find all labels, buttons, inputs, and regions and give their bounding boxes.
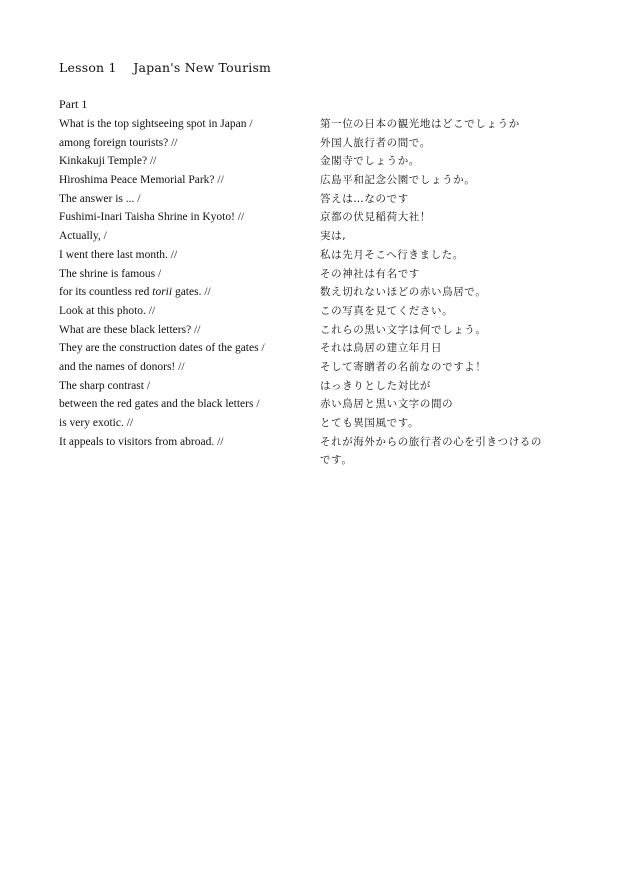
japanese-line: 外国人旅行者の間で。 <box>320 134 552 153</box>
line-row: for its countless red torii gates. // 数え… <box>59 283 559 302</box>
japanese-line: これらの黒い文字は何でしょう。 <box>320 321 552 340</box>
japanese-line: 数え切れないほどの赤い鳥居で。 <box>320 283 552 302</box>
english-text: for its countless red <box>59 286 152 298</box>
line-row: Hiroshima Peace Memorial Park? // 広島平和記念… <box>59 171 559 190</box>
japanese-line: その神社は有名です <box>320 265 552 284</box>
english-line: It appeals to visitors from abroad. // <box>59 433 320 470</box>
japanese-line: そして寄贈者の名前なのですよ！ <box>320 358 552 377</box>
english-line: They are the construction dates of the g… <box>59 339 320 358</box>
japanese-line: 私は先月そこへ行きました。 <box>320 246 552 265</box>
line-row: The shrine is famous / その神社は有名です <box>59 265 559 284</box>
line-row: I went there last month. // 私は先月そこへ行きました… <box>59 246 559 265</box>
lesson-title: Lesson 1 Japan's New Tourism <box>59 60 271 75</box>
english-line: Fushimi-Inari Taisha Shrine in Kyoto! // <box>59 208 320 227</box>
english-line: Look at this photo. // <box>59 302 320 321</box>
japanese-line: それが海外からの旅行者の心を引きつけるのです。 <box>320 433 552 470</box>
line-row: Fushimi-Inari Taisha Shrine in Kyoto! //… <box>59 208 559 227</box>
english-line: I went there last month. // <box>59 246 320 265</box>
line-row: The sharp contrast / はっきりとした対比が <box>59 377 559 396</box>
japanese-line: 広島平和記念公園でしょうか。 <box>320 171 552 190</box>
japanese-line: 金閣寺でしょうか。 <box>320 152 552 171</box>
japanese-line: 京都の伏見稲荷大社！ <box>320 208 552 227</box>
japanese-line: はっきりとした対比が <box>320 377 552 396</box>
torii-italic-word: torii <box>152 286 172 298</box>
line-row: Actually, / 実は, <box>59 227 559 246</box>
english-line: The sharp contrast / <box>59 377 320 396</box>
english-line: for its countless red torii gates. // <box>59 283 320 302</box>
japanese-line: 答えは…なのです <box>320 190 552 209</box>
english-line: The answer is ... / <box>59 190 320 209</box>
english-line: is very exotic. // <box>59 414 320 433</box>
line-row: Look at this photo. // この写真を見てください。 <box>59 302 559 321</box>
japanese-line: とても異国風です。 <box>320 414 552 433</box>
english-line: What is the top sightseeing spot in Japa… <box>59 115 320 134</box>
japanese-line: 赤い鳥居と黒い文字の間の <box>320 395 552 414</box>
bilingual-lines: What is the top sightseeing spot in Japa… <box>59 115 559 470</box>
part-label: Part 1 <box>59 97 87 112</box>
line-row: The answer is ... / 答えは…なのです <box>59 190 559 209</box>
english-line: among foreign tourists? // <box>59 134 320 153</box>
english-line: The shrine is famous / <box>59 265 320 284</box>
english-line: Hiroshima Peace Memorial Park? // <box>59 171 320 190</box>
line-row: It appeals to visitors from abroad. // そ… <box>59 433 559 470</box>
line-row: among foreign tourists? // 外国人旅行者の間で。 <box>59 134 559 153</box>
line-row: What are these black letters? // これらの黒い文… <box>59 321 559 340</box>
japanese-line: 実は, <box>320 227 552 246</box>
japanese-line: それは鳥居の建立年月日 <box>320 339 552 358</box>
line-row: between the red gates and the black lett… <box>59 395 559 414</box>
english-line: Kinkakuji Temple? // <box>59 152 320 171</box>
line-row: What is the top sightseeing spot in Japa… <box>59 115 559 134</box>
japanese-line: この写真を見てください。 <box>320 302 552 321</box>
english-line: What are these black letters? // <box>59 321 320 340</box>
english-text: gates. // <box>172 286 211 298</box>
english-line: and the names of donors! // <box>59 358 320 377</box>
english-line: Actually, / <box>59 227 320 246</box>
line-row: and the names of donors! // そして寄贈者の名前なので… <box>59 358 559 377</box>
document-page: Lesson 1 Japan's New Tourism Part 1 What… <box>0 0 617 872</box>
line-row: Kinkakuji Temple? // 金閣寺でしょうか。 <box>59 152 559 171</box>
english-line: between the red gates and the black lett… <box>59 395 320 414</box>
japanese-line: 第一位の日本の観光地はどこでしょうか <box>320 115 552 134</box>
line-row: is very exotic. // とても異国風です。 <box>59 414 559 433</box>
line-row: They are the construction dates of the g… <box>59 339 559 358</box>
